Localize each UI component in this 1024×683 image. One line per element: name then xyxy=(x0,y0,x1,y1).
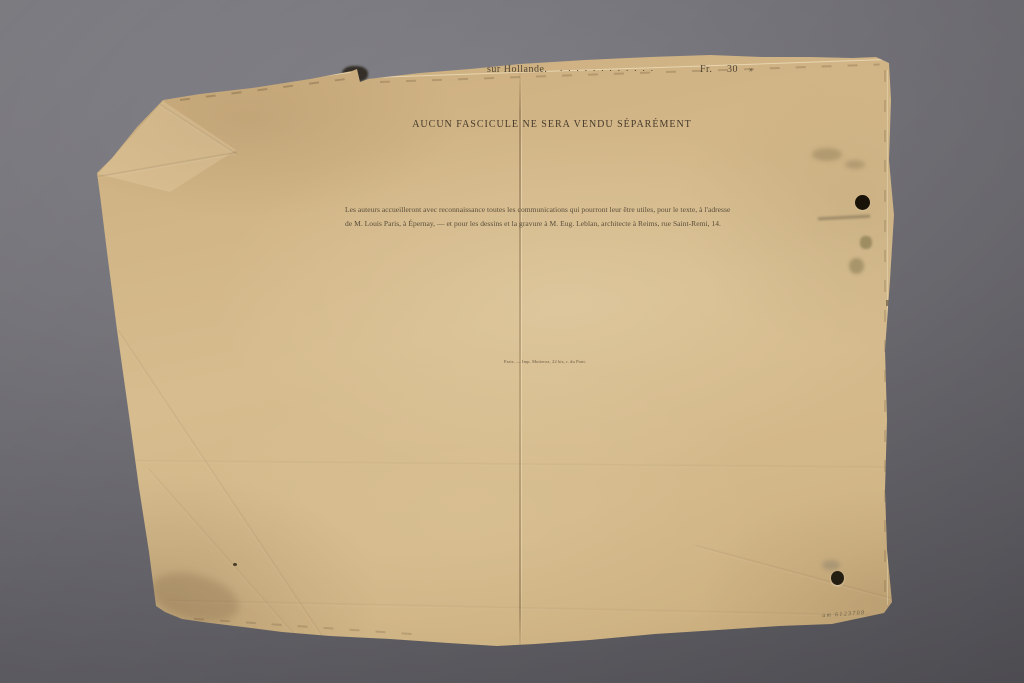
worm-hole xyxy=(831,571,844,585)
colophon-line-1: Les auteurs accueilleront avec reconnais… xyxy=(345,203,805,217)
price-line-dash: — xyxy=(432,65,443,76)
speck-right-edge xyxy=(886,300,889,306)
price-line-label: sur Hollande. xyxy=(487,64,547,75)
notice-title: AUCUN FASCICULE NE SERA VENDU SÉPARÉMENT xyxy=(372,119,732,130)
colophon-paragraph: Les auteurs accueilleront avec reconnais… xyxy=(345,203,805,230)
smudge-near-hole xyxy=(822,560,840,570)
document-paper: — sur Hollande. ............ Fr. 30 » AU… xyxy=(0,0,1024,683)
stain-right-upper xyxy=(860,236,872,249)
stain-right-lower xyxy=(849,258,864,274)
printer-imprint: Paris. — Imp. Motteroz, 22 bis, r. du Po… xyxy=(504,359,586,364)
right-tear-dashes xyxy=(884,70,886,605)
smudge-top-right-2 xyxy=(845,160,865,169)
ink-dot-mark xyxy=(855,195,870,210)
price-line-currency: Fr. xyxy=(700,64,712,75)
colophon-line-2: de M. Louis Paris, à Épernay, — et pour … xyxy=(345,217,805,231)
price-line-suffix: » xyxy=(749,65,754,74)
price-line-amount: 30 xyxy=(727,64,738,75)
speck-bottom-left xyxy=(233,563,237,566)
price-line-dot-leader: ............ xyxy=(560,63,692,73)
photo-background: — sur Hollande. ............ Fr. 30 » AU… xyxy=(0,0,1024,683)
right-edge-highlight xyxy=(887,70,888,605)
smudge-top-right xyxy=(812,148,842,161)
